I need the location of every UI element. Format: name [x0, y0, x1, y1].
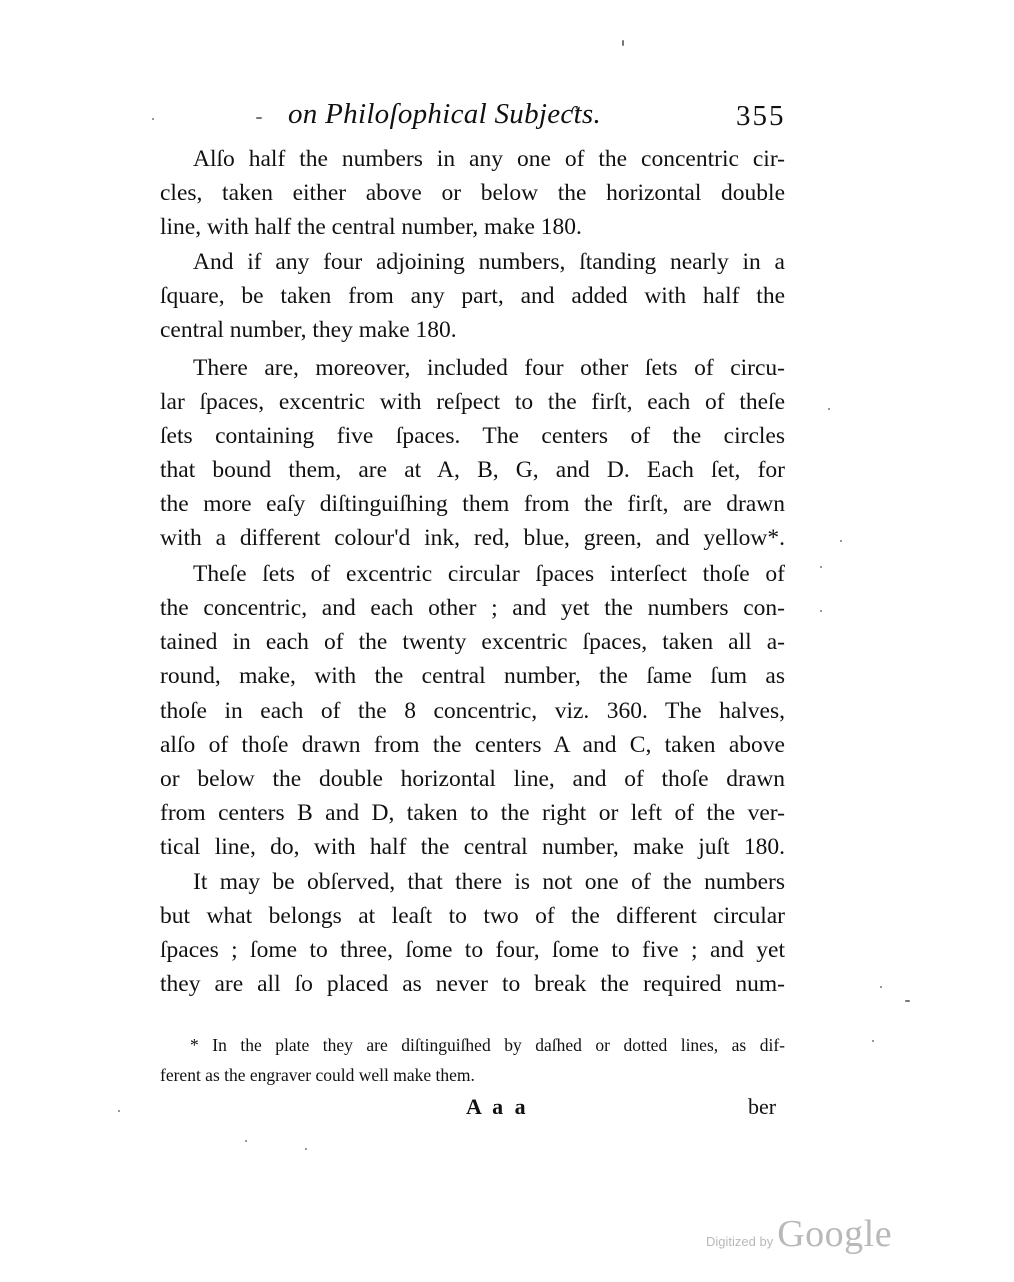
- scan-speck: [840, 540, 842, 542]
- text-line: ſets containing five ſpaces. The centers…: [160, 419, 785, 453]
- scan-speck: [622, 40, 624, 46]
- text-line: tical line, do, with half the central nu…: [160, 830, 785, 864]
- text-line: thoſe in each of the 8 concentric, viz. …: [160, 694, 785, 728]
- scan-speck: [245, 1140, 247, 1142]
- text-line: There are, moreover, included four other…: [193, 351, 785, 385]
- digitized-by-google-watermark: Digitized by Google: [706, 1212, 892, 1256]
- text-line: It may be obſerved, that there is not on…: [193, 865, 785, 899]
- text-line: or below the double horizontal line, and…: [160, 762, 785, 796]
- scan-speck: [828, 408, 830, 410]
- text-line: tained in each of the twenty excentric ſ…: [160, 625, 785, 659]
- text-line: central number, they make 180.: [160, 313, 785, 347]
- text-line: round, make, with the central number, th…: [160, 659, 785, 693]
- footnote-line: * In the plate they are diſtinguiſhed by…: [190, 1030, 785, 1060]
- text-line: lar ſpaces, excentric with reſpect to th…: [160, 385, 785, 419]
- running-title: on Philoſophical Subjeƈts.: [288, 98, 601, 131]
- scan-speck: [905, 1000, 910, 1002]
- text-line: the more eaſy diſtinguiſhing them from t…: [160, 487, 785, 521]
- text-line: with a different colour'd ink, red, blue…: [160, 521, 785, 555]
- text-line: ſquare, be taken from any part, and adde…: [160, 279, 785, 313]
- scan-speck: [872, 1040, 874, 1042]
- text-line: Alſo half the numbers in any one of the …: [193, 142, 785, 176]
- text-line: alſo of thoſe drawn from the centers A a…: [160, 728, 785, 762]
- scan-speck: [880, 986, 882, 988]
- text-line: ſpaces ; ſome to three, ſome to four, ſo…: [160, 933, 785, 967]
- scan-speck: [305, 1148, 307, 1150]
- google-logo-text: Google: [777, 1213, 892, 1255]
- text-line: cles, taken either above or below the ho…: [160, 176, 785, 210]
- catchword: ber: [748, 1094, 776, 1120]
- scan-speck: [256, 117, 262, 119]
- text-line: but what belongs at leaſt to two of the …: [160, 899, 785, 933]
- book-page: on Philoſophical Subjeƈts. 355 Alſo half…: [0, 0, 1014, 1282]
- watermark-prefix: Digitized by: [706, 1234, 773, 1249]
- text-line: Theſe ſets of excentric circular ſpaces …: [193, 557, 785, 591]
- signature-mark: A a a: [466, 1094, 529, 1120]
- footnote-line: ferent as the engraver could well make t…: [160, 1060, 785, 1090]
- text-line: they are all ſo placed as never to break…: [160, 967, 785, 1001]
- scan-speck: [118, 1110, 120, 1112]
- scan-speck: [152, 118, 154, 120]
- page-number: 355: [736, 100, 786, 133]
- text-line: the concentric, and each other ; and yet…: [160, 591, 785, 625]
- scan-speck: [820, 610, 822, 612]
- text-line: that bound them, are at A, B, G, and D. …: [160, 453, 785, 487]
- scan-speck: [820, 566, 822, 568]
- text-line: from centers B and D, taken to the right…: [160, 796, 785, 830]
- text-line: line, with half the central number, make…: [160, 210, 785, 244]
- text-line: And if any four adjoining numbers, ſtand…: [193, 245, 785, 279]
